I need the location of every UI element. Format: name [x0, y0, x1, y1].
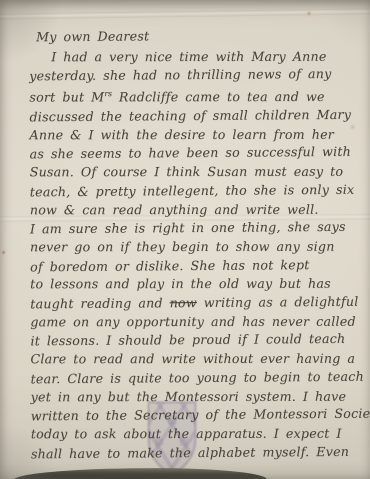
letter-line: My own Dearest [36, 26, 365, 47]
letter-line: game on any opportunity and has never ca… [30, 312, 366, 331]
letter-text-segment: it lessons. I should be proud if I could… [30, 331, 345, 348]
letter-line: yesterday. she had no thrilling news of … [29, 65, 365, 86]
letter-text-segment: Susan. Of course I think Susan must easy… [30, 164, 344, 180]
letter-text-segment: yet in any but the Montessori system. I … [31, 388, 347, 404]
letter-line: as she seems to have been so successful … [30, 143, 366, 164]
letter-line: sort but Mrs Radcliffe came to tea and w… [29, 85, 365, 107]
letter-line: yet in any but the Montessori system. I … [31, 387, 367, 406]
letter-line: written to the Secretary of the Montesso… [31, 405, 367, 426]
letter-text-segment: writing as a delightful [197, 294, 359, 310]
letter-text-segment: today to ask about the apparatus. I expe… [31, 426, 342, 442]
letter-line: it lessons. I should be proud if I could… [30, 330, 366, 351]
fold-crease-top [0, 8, 370, 19]
letter-line: never go on if they begin to show any si… [30, 238, 366, 257]
letter-line: I am sure she is right in one thing, she… [30, 218, 366, 239]
letter-text-segment: of boredom or dislike. She has not kept [30, 257, 310, 274]
letter-text-segment: now & can read anything and write well. [30, 201, 319, 217]
letter-text-segment: teach, & pretty intellegent, tho she is … [30, 182, 355, 200]
letter-line: tear. Clare is quite too young to begin … [31, 368, 367, 389]
letter-line: discussed the teaching of small children… [29, 106, 365, 127]
letter-line: to lessons and play in the old way but h… [30, 275, 366, 294]
letter-text-segment: taught reading and [30, 295, 170, 311]
letter-line: teach, & pretty intellegent, tho she is … [30, 180, 366, 201]
letter-text-segment: I am sure she is right in one thing, she… [30, 219, 346, 236]
letter-text-segment: discussed the teaching of small children… [29, 107, 351, 125]
letter-text-segment: tear. Clare is quite too young to begin … [31, 369, 364, 387]
letter-text-segment: yesterday. she had no thrilling news of … [29, 66, 331, 83]
letter-page: My own DearestI had a very nice time wit… [0, 0, 370, 479]
letter-text-segment: I had a very nice time with Mary Anne [51, 48, 326, 63]
letter-text-segment: Anne & I with the desire to learn from h… [30, 126, 335, 142]
letter-text-segment: Clare to read and write without ever hav… [30, 351, 355, 367]
letter-text-segment: never go on if they begin to show any si… [30, 239, 335, 255]
letter-line: of boredom or dislike. She has not kept [30, 255, 366, 276]
letter-text-segment: to lessons and play in the old way but h… [30, 276, 331, 292]
letter-line: I had a very nice time with Mary Anne [29, 47, 365, 66]
letter-text-segment: Radcliffe came to tea and we [112, 89, 325, 104]
letter-body: My own DearestI had a very nice time wit… [29, 26, 367, 463]
letter-line: now & can read anything and write well. [30, 200, 366, 219]
letter-line: today to ask about the apparatus. I expe… [31, 425, 367, 444]
letter-text-segment: shall have to make the alphabet myself. … [31, 443, 349, 460]
letter-text-segment: rs [104, 89, 112, 98]
letter-line: shall have to make the alphabet myself. … [31, 442, 367, 463]
stain-spot [1, 250, 6, 255]
letter-text-segment: written to the Secretary of the Montesso… [31, 406, 370, 424]
letter-text-segment: as she seems to have been so successful … [30, 144, 351, 162]
letter-text-segment: sort but M [29, 89, 104, 104]
letter-text-segment: game on any opportunity and has never ca… [30, 313, 355, 329]
letter-text-segment: My own Dearest [36, 28, 149, 44]
letter-line: Anne & I with the desire to learn from h… [30, 125, 366, 144]
letter-text-segment: now [170, 295, 197, 310]
letter-line: taught reading and now writing as a deli… [30, 293, 366, 314]
letter-line: Susan. Of course I think Susan must easy… [30, 163, 366, 182]
stain-spot [306, 11, 312, 16]
letter-line: Clare to read and write without ever hav… [30, 350, 366, 369]
page-bottom-backing-shadow [13, 467, 267, 479]
